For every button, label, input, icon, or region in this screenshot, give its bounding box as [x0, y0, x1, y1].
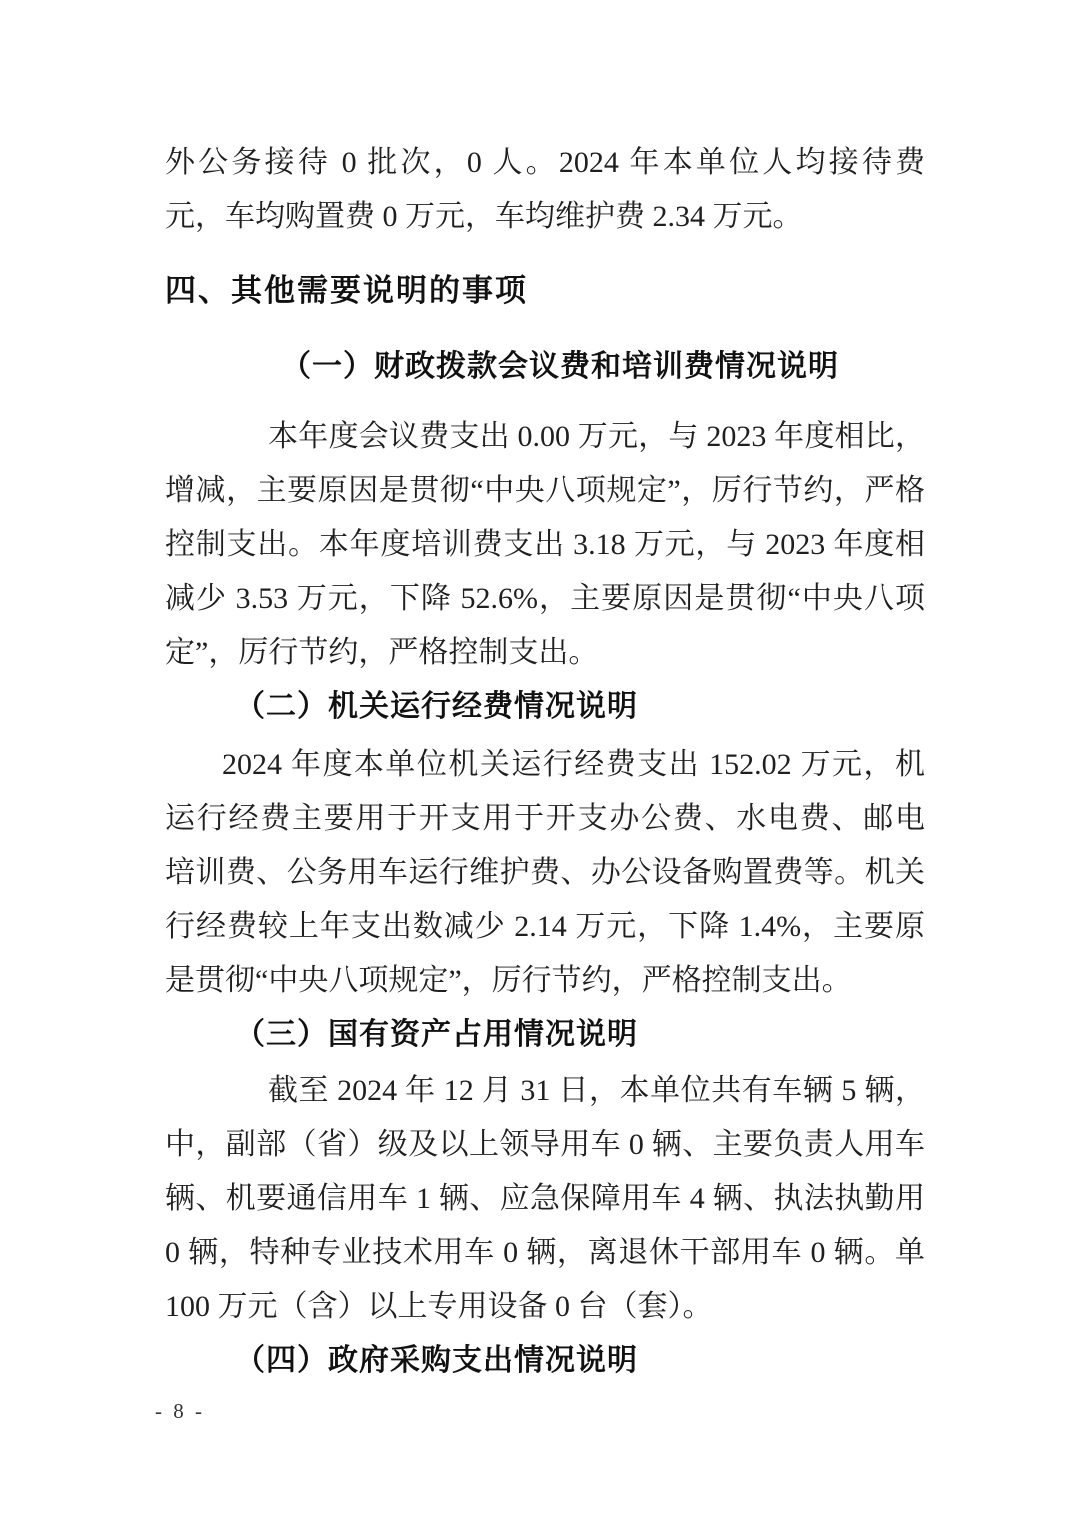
body-line: 截至 2024 年 12 月 31 日，本单位共有车辆 5 辆，其: [165, 1064, 925, 1118]
subsection-1-heading: （一）财政拨款会议费和培训费情况说明: [165, 340, 925, 394]
body-line: 行经费较上年支出数减少 2.14 万元，下降 1.4%，主要原因: [165, 900, 925, 954]
section-4-heading: 四、其他需要说明的事项: [165, 264, 925, 318]
body-line: 是贯彻“中央八项规定”，厉行节约，严格控制支出。: [165, 954, 925, 1008]
document-page: 外公务接待 0 批次，0 人。2024 年本单位人均接待费 39.90 元，车均…: [0, 0, 1075, 1520]
body-line: 100 万元（含）以上专用设备 0 台（套）。: [165, 1280, 925, 1334]
body-line: 控制支出。本年度培训费支出 3.18 万元，与 2023 年度相比，: [165, 518, 925, 572]
body-line: 本年度会议费支出 0.00 万元，与 2023 年度相比，无: [165, 410, 925, 464]
subsection-4-heading: （四）政府采购支出情况说明: [165, 1334, 925, 1388]
paragraph-meeting-training-fees: 本年度会议费支出 0.00 万元，与 2023 年度相比，无 增减，主要原因是贯…: [165, 410, 925, 680]
body-line: 2024 年度本单位机关运行经费支出 152.02 万元，机关: [165, 738, 925, 792]
paragraph-state-assets: 截至 2024 年 12 月 31 日，本单位共有车辆 5 辆，其 中，副部（省…: [165, 1064, 925, 1334]
paragraph-operating-expenses: 2024 年度本单位机关运行经费支出 152.02 万元，机关 运行经费主要用于…: [165, 738, 925, 1008]
body-line: 外公务接待 0 批次，0 人。2024 年本单位人均接待费 39.90: [165, 136, 925, 190]
body-line: 运行经费主要用于开支用于开支办公费、水电费、邮电费、: [165, 792, 925, 846]
body-line: 减少 3.53 万元，下降 52.6%，主要原因是贯彻“中央八项规: [165, 572, 925, 626]
body-line: 元，车均购置费 0 万元，车均维护费 2.34 万元。: [165, 190, 925, 244]
page-number: - 8 -: [155, 1396, 205, 1426]
paragraph-reception-continuation: 外公务接待 0 批次，0 人。2024 年本单位人均接待费 39.90 元，车均…: [165, 136, 925, 244]
body-line: 0 辆，特种专业技术用车 0 辆，离退休干部用车 0 辆。单价: [165, 1226, 925, 1280]
body-line: 中，副部（省）级及以上领导用车 0 辆、主要负责人用车 0: [165, 1118, 925, 1172]
body-line: 培训费、公务用车运行维护费、办公设备购置费等。机关运: [165, 846, 925, 900]
subsection-3-heading: （三）国有资产占用情况说明: [165, 1008, 925, 1062]
body-line: 辆、机要通信用车 1 辆、应急保障用车 4 辆、执法执勤用车: [165, 1172, 925, 1226]
subsection-2-heading: （二）机关运行经费情况说明: [165, 680, 925, 734]
body-line: 定”，厉行节约，严格控制支出。: [165, 626, 925, 680]
body-line: 增减，主要原因是贯彻“中央八项规定”，厉行节约，严格: [165, 464, 925, 518]
